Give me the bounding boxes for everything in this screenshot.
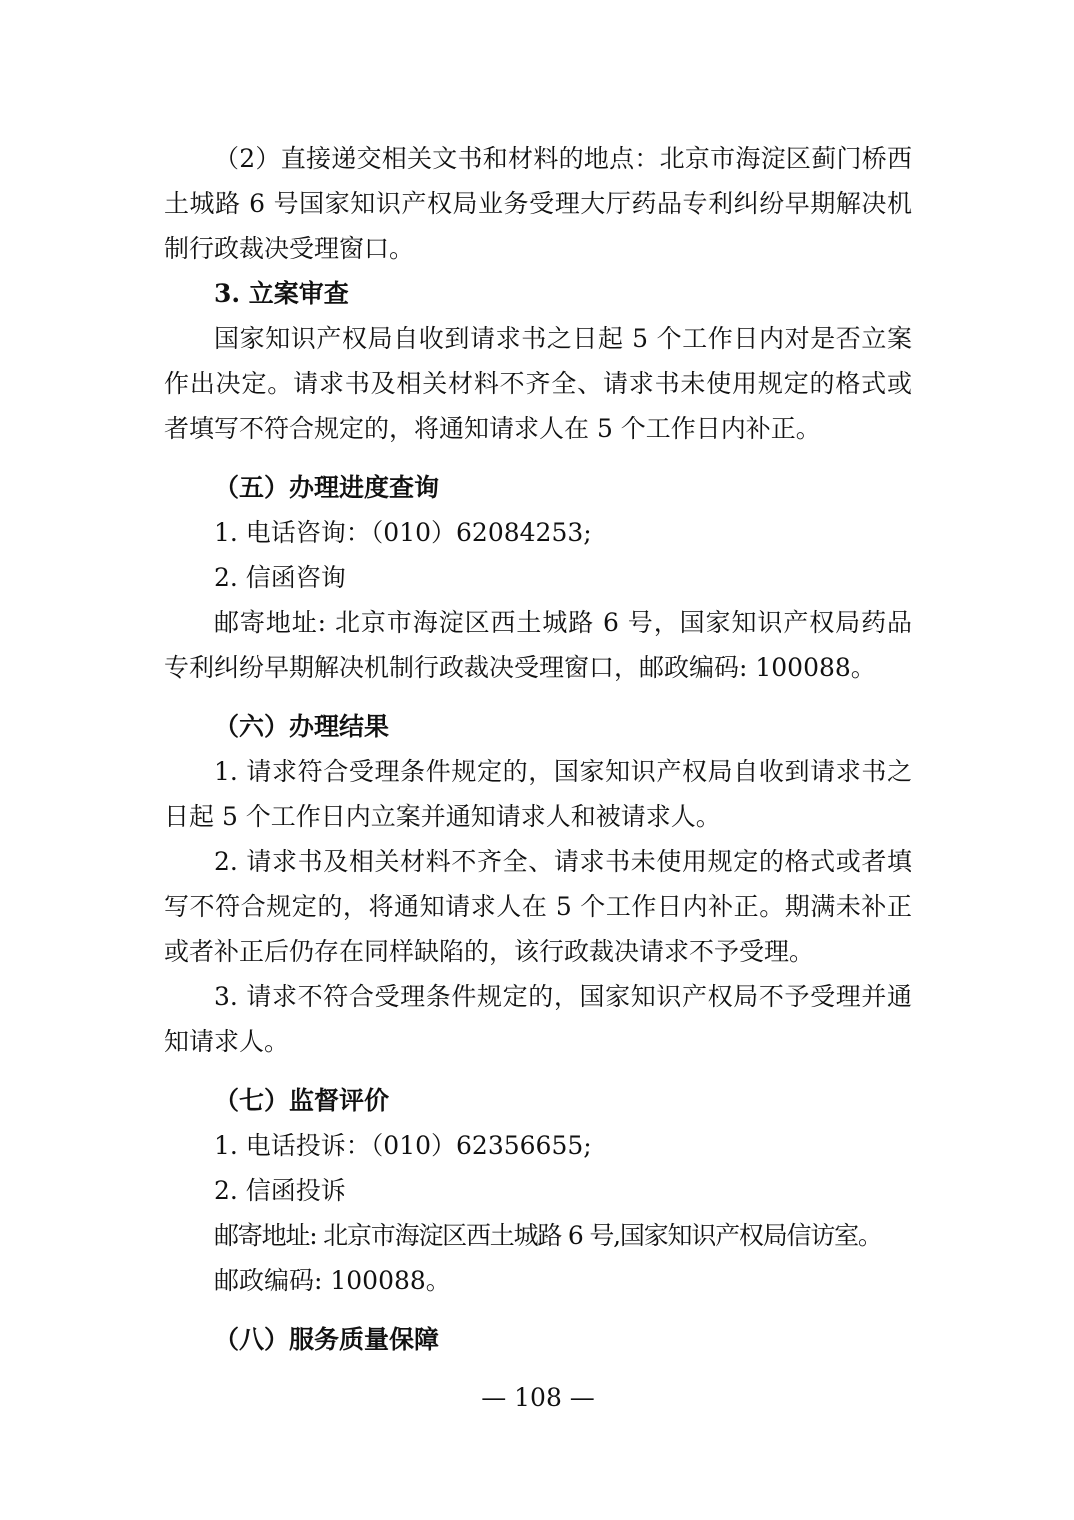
para-phone-complaint: 1. 电话投诉：（010）62356655; bbox=[164, 1123, 912, 1168]
section-heading-processing-result: （六）办理结果 bbox=[164, 704, 912, 749]
para-case-filing-review-body: 国家知识产权局自收到请求书之日起 5 个工作日内对是否立案作出决定。请求书及相关… bbox=[164, 316, 912, 451]
heading-case-filing-review: 3. 立案审查 bbox=[164, 271, 912, 316]
para-inquiry-mailing-address: 邮寄地址: 北京市海淀区西土城路 6 号，国家知识产权局药品专利纠纷早期解决机制… bbox=[164, 600, 912, 690]
para-letter-complaint: 2. 信函投诉 bbox=[164, 1168, 912, 1213]
para-complaint-postal-code: 邮政编码: 100088。 bbox=[164, 1258, 912, 1303]
section-heading-supervision-evaluation: （七）监督评价 bbox=[164, 1078, 912, 1123]
para-result-item-1: 1. 请求符合受理条件规定的，国家知识产权局自收到请求书之日起 5 个工作日内立… bbox=[164, 749, 912, 839]
section-heading-progress-inquiry: （五）办理进度查询 bbox=[164, 465, 912, 510]
para-phone-inquiry: 1. 电话咨询：（010）62084253; bbox=[164, 510, 912, 555]
document-page: （2）直接递交相关文书和材料的地点：北京市海淀区蓟门桥西土城路 6 号国家知识产… bbox=[0, 0, 1074, 1520]
section-heading-service-quality: （八）服务质量保障 bbox=[164, 1317, 912, 1362]
para-letter-inquiry: 2. 信函咨询 bbox=[164, 555, 912, 600]
page-number: — 108 — bbox=[164, 1375, 912, 1420]
para-result-item-3: 3. 请求不符合受理条件规定的，国家知识产权局不予受理并通知请求人。 bbox=[164, 974, 912, 1064]
para-submission-location: （2）直接递交相关文书和材料的地点：北京市海淀区蓟门桥西土城路 6 号国家知识产… bbox=[164, 136, 912, 271]
para-complaint-mailing-address: 邮寄地址: 北京市海淀区西土城路 6 号,国家知识产权局信访室。 bbox=[164, 1213, 912, 1258]
para-result-item-2: 2. 请求书及相关材料不齐全、请求书未使用规定的格式或者填写不符合规定的，将通知… bbox=[164, 839, 912, 974]
